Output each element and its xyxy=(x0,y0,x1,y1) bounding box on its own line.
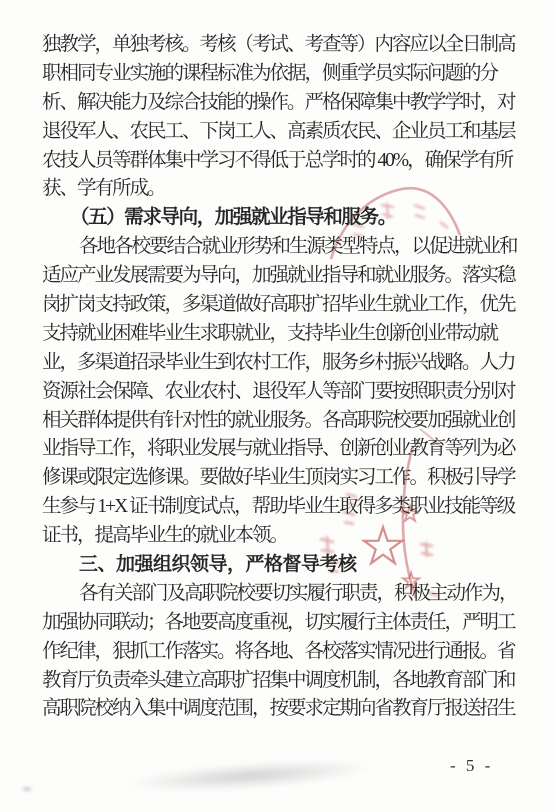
text-line: 证书，提高毕业生的就业本领。 xyxy=(42,522,517,551)
text-line: 各地各校要结合就业形势和生源类型特点，以促进就业和 xyxy=(42,233,517,262)
sub-heading: （五）需求导向，加强就业指导和服务。 xyxy=(42,204,517,233)
text-line: 析、解决能力及综合技能的操作。严格保障集中教学学时，对 xyxy=(42,89,517,118)
text-line: 岗扩岗支持政策，多渠道做好高职扩招毕业生就业工作，优先 xyxy=(42,291,517,320)
text-line: 退役军人、农民工、下岗工人、高素质农民、企业员工和基层 xyxy=(42,118,517,147)
text-line: 高职院校纳入集中调度范围，按要求定期向省教育厅报送招生 xyxy=(42,695,517,724)
text-line: 获、学有所成。 xyxy=(42,175,517,204)
text-line: 业，多渠道招录毕业生到农村工作，服务乡村振兴战略。人力 xyxy=(42,349,517,378)
text-line: 相关群体提供有针对性的就业服务。各高职院校要加强就业创 xyxy=(42,407,517,436)
text-line: 支持就业困难毕业生求职就业，支持毕业生创新创业带动就 xyxy=(42,320,517,349)
document-page: 独教学，单独考核。考核（考试、考查等）内容应以全日制高职相同专业实施的课程标准为… xyxy=(0,0,554,812)
section-heading: 三、加强组织领导，严格督导考核 xyxy=(42,551,517,580)
text-line: 各有关部门及高职院校要切实履行职责，积极主动作为， xyxy=(42,580,517,609)
text-line: 加强协同联动；各地要高度重视，切实履行主体责任，严明工 xyxy=(42,609,517,638)
text-line: 职相同专业实施的课程标准为依据，侧重学员实际问题的分 xyxy=(42,60,517,89)
text-line: 修课或限定选修课。要做好毕业生顶岗实习工作。积极引导学 xyxy=(42,464,517,493)
document-body: 独教学，单独考核。考核（考试、考查等）内容应以全日制高职相同专业实施的课程标准为… xyxy=(42,31,517,724)
page-number: - 5 - xyxy=(450,756,540,776)
text-line: 业指导工作，将职业发展与就业指导、创新创业教育等列为必 xyxy=(42,435,517,464)
text-line: 作纪律，狠抓工作落实。将各地、各校落实情况进行通报。省 xyxy=(42,638,517,667)
text-line: 独教学，单独考核。考核（考试、考查等）内容应以全日制高 xyxy=(42,31,517,60)
text-line: 教育厅负责牵头建立高职扩招集中调度机制，各地教育部门和 xyxy=(42,667,517,696)
text-line: 农技人员等群体集中学习不得低于总学时的 40%，确保学有所 xyxy=(42,147,517,176)
scan-smudge xyxy=(124,754,375,797)
text-line: 适应产业发展需要为导向，加强就业指导和就业服务。落实稳 xyxy=(42,262,517,291)
scan-speck xyxy=(20,785,34,793)
text-line: 生参与 1+X 证书制度试点，帮助毕业生取得多类职业技能等级 xyxy=(42,493,517,522)
text-line: 资源社会保障、农业农村、退役军人等部门要按照职责分别对 xyxy=(42,378,517,407)
